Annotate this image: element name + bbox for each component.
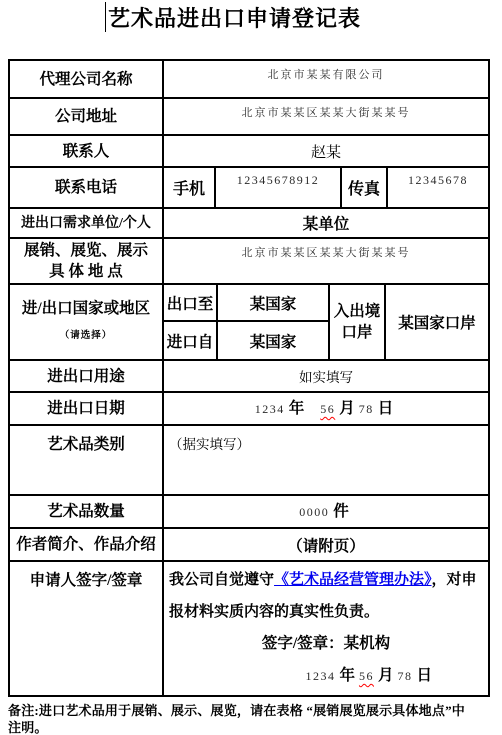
contact-phone-label: 联系电话 (10, 168, 162, 207)
signature-date-year-unit: 年 (339, 667, 355, 684)
artwork-quantity-value: 0000件 (162, 496, 488, 527)
exhibition-venue-label-line2: 具 体 地 点 (49, 261, 123, 282)
date-day-unit: 日 (378, 400, 394, 417)
applicant-signature-label: 申请人签字/签章 (10, 562, 162, 695)
purpose-label: 进出口用途 (10, 361, 162, 391)
direction-column: 出口至 进口自 (162, 285, 216, 359)
signature-date-month-unit: 月 (378, 667, 394, 684)
import-from-label: 进口自 (164, 322, 216, 359)
demander-label: 进出口需求单位/个人 (10, 209, 162, 237)
date-day: 78 (359, 402, 374, 416)
import-export-date-label: 进出口日期 (10, 393, 162, 424)
author-intro-value: （请附页） (162, 529, 488, 560)
applicant-signature-value: 我公司自觉遵守《艺术品经营管理办法》，对申报材料实质内容的真实性负责。 签字/签… (162, 562, 488, 695)
port-value: 某国家口岸 (384, 285, 488, 359)
date-year: 1234 (255, 402, 285, 416)
fax-value: 12345678 (386, 168, 488, 207)
quantity-number: 0000 (299, 505, 329, 519)
contact-person-label: 联系人 (10, 136, 162, 166)
date-month-unit: 月 (339, 400, 355, 417)
signature-date: 1234年56月78日 (164, 660, 488, 692)
agency-name-value: 北京市某某有限公司 (162, 61, 488, 97)
agency-name-label: 代理公司名称 (10, 61, 162, 97)
row-purpose: 进出口用途 如实填写 (10, 361, 488, 393)
row-agency-name: 代理公司名称 北京市某某有限公司 (10, 61, 488, 99)
signature-date-day-unit: 日 (416, 667, 432, 684)
purpose-value: 如实填写 (162, 361, 488, 391)
row-company-address: 公司地址 北京市某某区某某大街某某号 (10, 99, 488, 136)
mobile-value: 12345678912 (214, 168, 340, 207)
signature-date-month: 56 (359, 669, 374, 683)
row-country-region: 进/出口国家或地区 （请选择） 出口至 进口自 某国家 某国家 入出境 口岸 某… (10, 285, 488, 361)
text-cursor-bar (105, 2, 106, 32)
row-contact-phone: 联系电话 手机 12345678912 传真 12345678 (10, 168, 488, 209)
exhibition-venue-value: 北京市某某区某某大街某某号 (162, 239, 488, 283)
contact-person-value: 赵某 (162, 136, 488, 166)
author-intro-label: 作者简介、作品介绍 (10, 529, 162, 560)
row-author-intro: 作者简介、作品介绍 （请附页） (10, 529, 488, 562)
company-address-value: 北京市某某区某某大街某某号 (162, 99, 488, 134)
exhibition-venue-label-line1: 展销、展览、展示 (24, 240, 148, 261)
date-year-unit: 年 (289, 400, 305, 417)
signature-date-year: 1234 (305, 669, 335, 683)
port-label-line2: 口岸 (334, 322, 381, 343)
row-applicant-signature: 申请人签字/签章 我公司自觉遵守《艺术品经营管理办法》，对申报材料实质内容的真实… (10, 562, 488, 695)
regulation-link[interactable]: 《艺术品经营管理办法》 (274, 572, 432, 588)
date-month: 56 (320, 402, 335, 416)
application-form-table: 代理公司名称 北京市某某有限公司 公司地址 北京市某某区某某大街某某号 联系人 … (8, 59, 490, 697)
row-exhibition-venue: 展销、展览、展示 具 体 地 点 北京市某某区某某大街某某号 (10, 239, 488, 285)
row-artwork-quantity: 艺术品数量 0000件 (10, 496, 488, 529)
exhibition-venue-label: 展销、展览、展示 具 体 地 点 (10, 239, 162, 283)
country-region-label-note: （请选择） (60, 326, 113, 347)
country-column: 某国家 某国家 (216, 285, 328, 359)
port-label-line1: 入出境 (334, 301, 381, 322)
export-country-value: 某国家 (218, 285, 328, 322)
port-label: 入出境 口岸 (328, 285, 384, 359)
import-export-date-value: 1234年56月78日 (162, 393, 488, 424)
artwork-category-label: 艺术品类别 (10, 426, 162, 494)
row-demander: 进出口需求单位/个人 某单位 (10, 209, 488, 239)
import-country-value: 某国家 (218, 322, 328, 359)
country-region-label-text: 进/出口国家或地区 (22, 298, 150, 319)
country-region-label: 进/出口国家或地区 （请选择） (10, 285, 162, 359)
mobile-label: 手机 (162, 168, 214, 207)
company-address-label: 公司地址 (10, 99, 162, 134)
footer-note: 备注:进口艺术品用于展销、展示、展览，请在表格 “展销展览展示具体地点”中注明。 (8, 702, 470, 735)
fax-label: 传真 (340, 168, 386, 207)
signature-date-day: 78 (397, 669, 412, 683)
export-to-label: 出口至 (164, 285, 216, 322)
quantity-unit: 件 (333, 503, 349, 520)
signature-line-value: 某机构 (344, 635, 391, 652)
row-import-export-date: 进出口日期 1234年56月78日 (10, 393, 488, 426)
page-title: 艺术品进出口申请登记表 (105, 2, 502, 32)
artwork-category-value: （据实填写） (162, 426, 488, 494)
artwork-quantity-label: 艺术品数量 (10, 496, 162, 527)
row-artwork-category: 艺术品类别 （据实填写） (10, 426, 488, 496)
demander-value: 某单位 (162, 209, 488, 237)
page-title-text: 艺术品进出口申请登记表 (108, 2, 361, 33)
signature-line-label: 签字/签章： (262, 635, 344, 652)
statement-prefix: 我公司自觉遵守 (169, 572, 274, 588)
compliance-statement: 我公司自觉遵守《艺术品经营管理办法》，对申报材料实质内容的真实性负责。 (164, 564, 488, 628)
row-contact-person: 联系人 赵某 (10, 136, 488, 168)
signature-line: 签字/签章：某机构 (164, 628, 488, 660)
